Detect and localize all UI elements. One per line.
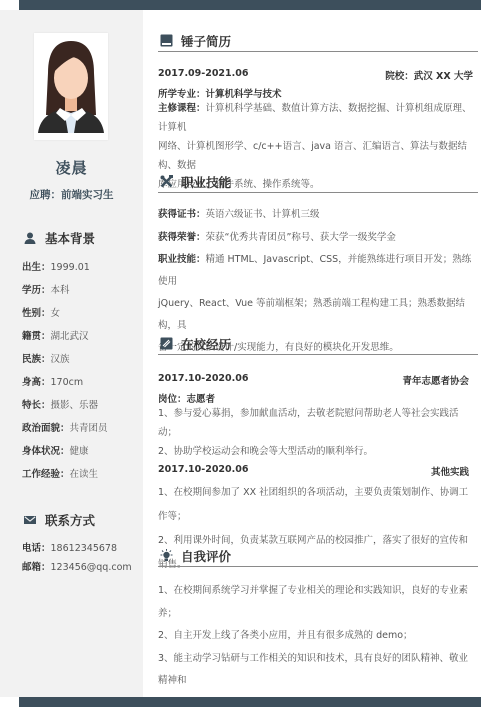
avatar-illustration-icon (34, 33, 108, 140)
skills-honors: 获得荣誉：荣获“优秀共青团员”称号、获大学一级奖学金 (158, 228, 476, 247)
info-hometown: 籍贯：湖北武汉 (22, 328, 89, 342)
contact-title: 联系方式 (45, 511, 95, 529)
basic-info-heading: 基本背景 (24, 229, 95, 247)
info-education: 学历：本科 (22, 282, 70, 296)
tools-icon (160, 175, 173, 188)
campus-entry-1-org: 青年志愿者协会 (402, 373, 469, 387)
user-icon (24, 232, 36, 244)
skills-title: 职业技能 (181, 173, 231, 191)
contact-phone: 电话：18612345678 (22, 540, 117, 554)
info-political-status: 政治面貌：共青团员 (22, 420, 108, 434)
education-heading: 锤子简历 (158, 30, 478, 52)
campus-entry-2-period: 2017.10-2020.06 (158, 464, 248, 475)
bottom-banner-bar (19, 697, 481, 707)
applied-position: 应聘：前端实习生 (0, 187, 143, 202)
self-eval-title: 自我评价 (181, 547, 231, 565)
contact-email[interactable]: 邮箱：123456@qq.com (22, 559, 132, 573)
campus-entry-1-period: 2017.10-2020.06 (158, 373, 248, 384)
candidate-name: 凌晨 (0, 157, 143, 178)
book-icon (160, 34, 173, 47)
list-item: 1、在校期间参加了 XX 社团组织的各项活动，主要负责策划制作、协调工作等； (158, 481, 476, 529)
list-item: 2、自主开发上线了各类小应用，并且有很多成熟的 demo； (158, 625, 476, 648)
self-eval-items: 1、在校期间系统学习并掌握了专业相关的理论和实践知识，良好的专业素养； 2、自主… (158, 580, 476, 707)
campus-entry-1-position: 岗位：志愿者 (158, 391, 473, 405)
basic-info-title: 基本背景 (45, 229, 95, 247)
top-banner-bar (19, 0, 481, 10)
education-major: 所学专业：计算机科学与技术 (158, 86, 473, 100)
info-ethnicity: 民族：汉族 (22, 351, 70, 365)
education-period: 2017.09-2021.06 (158, 68, 248, 79)
list-item: 2、协助学校运动会和晚会等大型活动的顺利举行。 (158, 442, 476, 461)
list-item: 3、能主动学习钻研与工作相关的知识和技术，具有良好的团队精神、敬业精神和 (158, 648, 476, 693)
education-period-row: 2017.09-2021.06 院校：武汉 XX 大学 (158, 68, 473, 79)
skills-certificates: 获得证书：英语六级证书、计算机三级 (158, 205, 476, 224)
info-work-experience: 工作经验：在读生 (22, 466, 98, 480)
edit-icon (160, 337, 173, 350)
self-eval-heading: 自我评价 (158, 545, 478, 567)
list-item: 1、在校期间系统学习并掌握了专业相关的理论和实践知识，良好的专业素养； (158, 580, 476, 625)
info-health: 身体状况：健康 (22, 443, 89, 457)
campus-entry-1-header: 2017.10-2020.06 青年志愿者协会 (158, 373, 473, 384)
info-birth: 出生：1999.01 (22, 259, 90, 273)
lightbulb-icon (160, 549, 173, 562)
contact-heading: 联系方式 (24, 511, 95, 529)
campus-heading: 在校经历 (158, 333, 478, 355)
campus-entry-2-org: 其他实践 (431, 464, 469, 478)
applied-position-value: 前端实习生 (61, 189, 114, 201)
campus-title: 在校经历 (181, 335, 231, 353)
education-title: 锤子简历 (181, 32, 231, 50)
mail-icon (24, 514, 36, 526)
info-height: 身高：170cm (22, 374, 83, 388)
applied-position-label: 应聘： (30, 189, 62, 201)
education-school: 院校：武汉 XX 大学 (385, 68, 473, 82)
campus-entry-1-items: 1、参与爱心募捐，参加献血活动，去敬老院慰问帮助老人等社会实践活动； 2、协助学… (158, 404, 476, 461)
list-item: 1、参与爱心募捐，参加献血活动，去敬老院慰问帮助老人等社会实践活动； (158, 404, 476, 442)
info-specialty: 特长：摄影、乐器 (22, 397, 98, 411)
courses-label: 主修课程： (158, 103, 206, 114)
info-gender: 性别：女 (22, 305, 60, 319)
skills-heading: 职业技能 (158, 171, 478, 193)
avatar-photo (34, 33, 108, 140)
campus-entry-2-header: 2017.10-2020.06 其他实践 (158, 464, 473, 475)
